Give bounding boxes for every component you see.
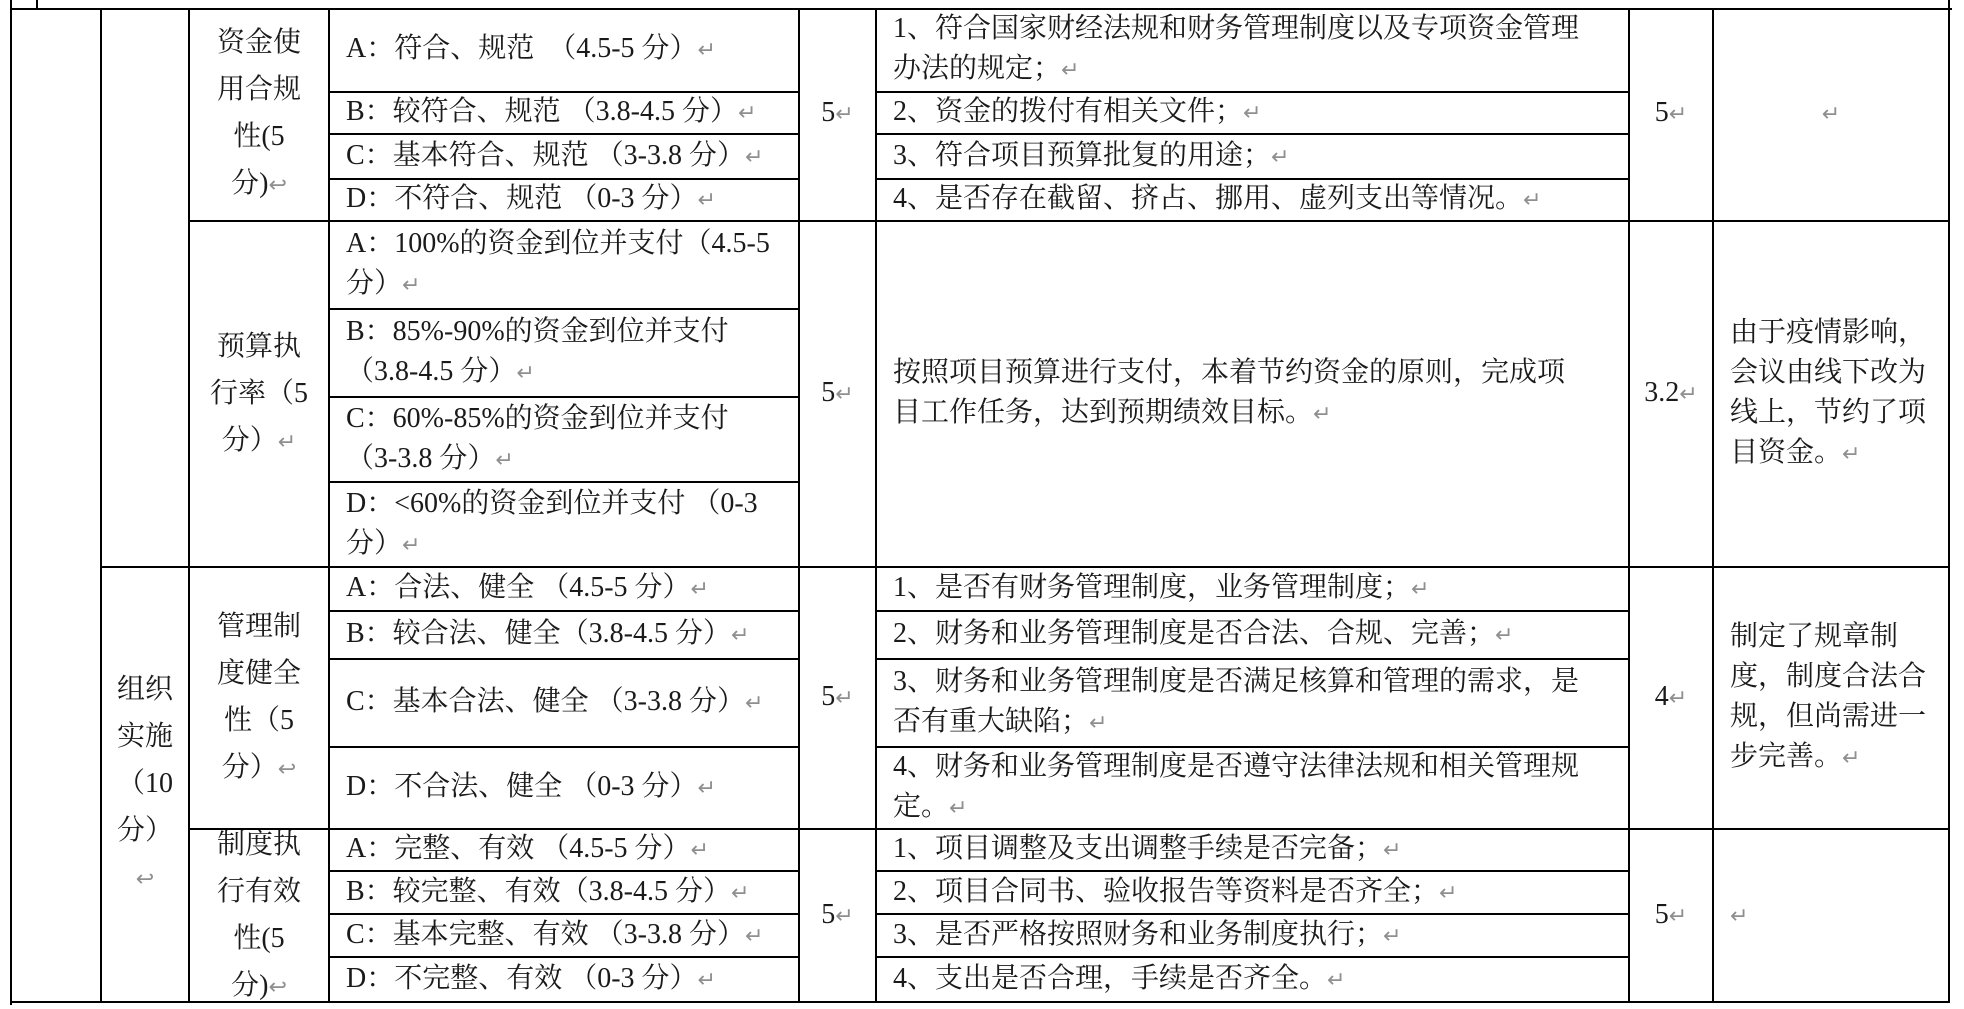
criteria-cell-s3-1[interactable]: 1、是否有财务管理制度，业务管理制度；↵ [877, 568, 1630, 612]
paragraph-mark: ↵ [1383, 924, 1401, 949]
paragraph-mark: ↵ [835, 904, 853, 929]
indicator-text-s4: 制度执行有效性(5分) [217, 830, 301, 1001]
paragraph-mark: ↵ [402, 533, 420, 558]
option-cell-s4-d[interactable]: D：不完整、有效 （0-3 分）↵ [330, 958, 800, 1003]
paragraph-mark: ↩ [268, 975, 286, 1000]
paragraph-mark: ↵ [1383, 838, 1401, 863]
option-cell-s2-b[interactable]: B：85%-90%的资金到位并支付 （3.8-4.5 分）↵ [330, 310, 800, 398]
paragraph-mark: ↵ [1089, 711, 1107, 736]
paragraph-mark: ↵ [745, 691, 763, 716]
option-cell-s3-a[interactable]: A：合法、健全 （4.5-5 分）↵ [330, 568, 800, 612]
criteria-cell-s1-2[interactable]: 2、资金的拨付有相关文件；↵ [877, 93, 1630, 135]
paragraph-mark: ↵ [1842, 746, 1860, 771]
paragraph-mark: ↵ [1327, 968, 1345, 993]
level1-indicator-cell[interactable]: 组织实施（10分）↩ [102, 568, 190, 1003]
maxscore-cell-s2[interactable]: 5↵ [800, 222, 877, 568]
criteria-cell-s2-merged[interactable]: 按照项目预算进行支付，本着节约资金的原则，完成项目工作任务，达到预期绩效目标。↵ [877, 222, 1630, 568]
paragraph-mark: ↵ [731, 881, 749, 906]
paragraph-mark: ↵ [516, 361, 534, 386]
paragraph-mark: ↵ [731, 623, 749, 648]
paragraph-mark: ↵ [1523, 188, 1541, 213]
remark-cell-s2[interactable]: 由于疫情影响，会议由线下改为线上，节约了项目资金。↵ [1714, 222, 1950, 568]
paragraph-mark: ↵ [1061, 58, 1079, 83]
document-page: 组织实施（10分）↩ 资金使用合规性(5分)↩ 预算执行率（5分）↵ 管理制度健… [0, 0, 1964, 1009]
paragraph-mark: ↵ [1679, 382, 1697, 407]
paragraph-mark: ↵ [402, 273, 420, 298]
option-cell-s3-c[interactable]: C：基本合法、健全 （3-3.8 分）↵ [330, 660, 800, 748]
paragraph-mark: ↩ [278, 757, 296, 782]
paragraph-mark: ↵ [1730, 904, 1748, 929]
paragraph-mark: ↵ [1439, 881, 1457, 906]
level1-indicator-empty-cell[interactable] [102, 8, 190, 568]
paragraph-mark: ↵ [698, 38, 716, 63]
criteria-cell-s1-4[interactable]: 4、是否存在截留、挤占、挪用、虚列支出等情况。↵ [877, 180, 1630, 222]
score-cell-s3[interactable]: 4↵ [1630, 568, 1714, 830]
paragraph-mark: ↵ [1669, 904, 1687, 929]
paragraph-mark: ↵ [949, 796, 967, 821]
paragraph-mark: ↵ [691, 577, 709, 602]
remark-cell-s1[interactable]: ↵ [1714, 8, 1950, 222]
criteria-cell-s3-3[interactable]: 3、财务和业务管理制度是否满足核算和管理的需求，是否有重大缺陷；↵ [877, 660, 1630, 748]
remark-cell-s4[interactable]: ↵ [1714, 830, 1950, 1003]
criteria-cell-s4-3[interactable]: 3、是否严格按照财务和业务制度执行；↵ [877, 915, 1630, 958]
criteria-cell-s1-1[interactable]: 1、符合国家财经法规和财务管理制度以及专项资金管理办法的规定；↵ [877, 8, 1630, 93]
paragraph-mark: ↵ [278, 430, 296, 455]
paragraph-mark: ↵ [698, 188, 716, 213]
option-cell-s1-c[interactable]: C：基本符合、规范 （3-3.8 分）↵ [330, 135, 800, 180]
paragraph-mark: ↵ [1243, 101, 1261, 126]
paragraph-mark: ↵ [698, 776, 716, 801]
option-cell-s1-a[interactable]: A：符合、规范 （4.5-5 分）↵ [330, 8, 800, 93]
paragraph-mark: ↵ [1822, 102, 1840, 127]
paragraph-mark: ↵ [1669, 102, 1687, 127]
score-cell-s2[interactable]: 3.2↵ [1630, 222, 1714, 568]
paragraph-mark: ↵ [745, 145, 763, 170]
paragraph-mark: ↵ [1842, 442, 1860, 467]
paragraph-mark: ↵ [745, 924, 763, 949]
option-cell-s3-b[interactable]: B：较合法、健全（3.8-4.5 分）↵ [330, 612, 800, 660]
criteria-cell-s4-4[interactable]: 4、支出是否合理，手续是否齐全。↵ [877, 958, 1630, 1003]
spacer-column-cell[interactable] [10, 8, 102, 1003]
criteria-cell-s4-2[interactable]: 2、项目合同书、验收报告等资料是否齐全；↵ [877, 872, 1630, 915]
option-cell-s1-b[interactable]: B：较符合、规范 （3.8-4.5 分）↵ [330, 93, 800, 135]
option-cell-s2-d[interactable]: D：<60%的资金到位并支付 （0-3 分）↵ [330, 483, 800, 568]
criteria-cell-s3-2[interactable]: 2、财务和业务管理制度是否合法、合规、完善；↵ [877, 612, 1630, 660]
indicator-cell-s1[interactable]: 资金使用合规性(5分)↩ [190, 8, 330, 222]
option-cell-s4-a[interactable]: A：完整、有效 （4.5-5 分）↵ [330, 830, 800, 872]
paragraph-mark: ↵ [1271, 145, 1289, 170]
maxscore-cell-s4[interactable]: 5↵ [800, 830, 877, 1003]
maxscore-cell-s1[interactable]: 5↵ [800, 8, 877, 222]
score-cell-s1[interactable]: 5↵ [1630, 8, 1714, 222]
paragraph-mark: ↩ [268, 173, 286, 198]
paragraph-mark: ↵ [835, 686, 853, 711]
maxscore-cell-s3[interactable]: 5↵ [800, 568, 877, 830]
paragraph-mark: ↵ [1669, 686, 1687, 711]
indicator-cell-s3[interactable]: 管理制度健全性（5分）↩ [190, 568, 330, 830]
indicator-cell-s2[interactable]: 预算执行率（5分）↵ [190, 222, 330, 568]
paragraph-mark: ↵ [691, 838, 709, 863]
paragraph-mark: ↵ [1495, 623, 1513, 648]
option-cell-s3-d[interactable]: D：不合法、健全 （0-3 分）↵ [330, 748, 800, 830]
paragraph-mark: ↵ [495, 448, 513, 473]
paragraph-mark: ↵ [698, 968, 716, 993]
option-cell-s2-c[interactable]: C：60%-85%的资金到位并支付 （3-3.8 分）↵ [330, 398, 800, 483]
paragraph-mark: ↵ [738, 101, 756, 126]
option-cell-s4-c[interactable]: C：基本完整、有效 （3-3.8 分）↵ [330, 915, 800, 958]
score-cell-s4[interactable]: 5↵ [1630, 830, 1714, 1003]
cropped-row-border-left [10, 0, 12, 8]
paragraph-mark: ↵ [835, 102, 853, 127]
option-cell-s1-d[interactable]: D：不符合、规范 （0-3 分）↵ [330, 180, 800, 222]
cropped-row-border-mid [36, 0, 38, 8]
paragraph-mark: ↵ [835, 382, 853, 407]
criteria-cell-s1-3[interactable]: 3、符合项目预算批复的用途；↵ [877, 135, 1630, 180]
criteria-cell-s4-1[interactable]: 1、项目调整及支出调整手续是否完备；↵ [877, 830, 1630, 872]
option-cell-s4-b[interactable]: B：较完整、有效（3.8-4.5 分）↵ [330, 872, 800, 915]
indicator-cell-s4[interactable]: 制度执行有效性(5分)↩ [190, 830, 330, 1003]
level1-indicator-text: 组织实施（10分） [117, 674, 173, 846]
paragraph-mark: ↵ [1313, 402, 1331, 427]
indicator-text-s1: 资金使用合规性(5分) [217, 27, 301, 199]
cropped-row-border-right [1948, 0, 1950, 8]
option-cell-s2-a[interactable]: A：100%的资金到位并支付（4.5-5 分）↵ [330, 222, 800, 310]
remark-cell-s3[interactable]: 制定了规章制度，制度合法合规，但尚需进一步完善。↵ [1714, 568, 1950, 830]
paragraph-mark: ↩ [136, 867, 154, 892]
criteria-cell-s3-4[interactable]: 4、财务和业务管理制度是否遵守法律法规和相关管理规定。↵ [877, 748, 1630, 830]
paragraph-mark: ↵ [1411, 577, 1429, 602]
